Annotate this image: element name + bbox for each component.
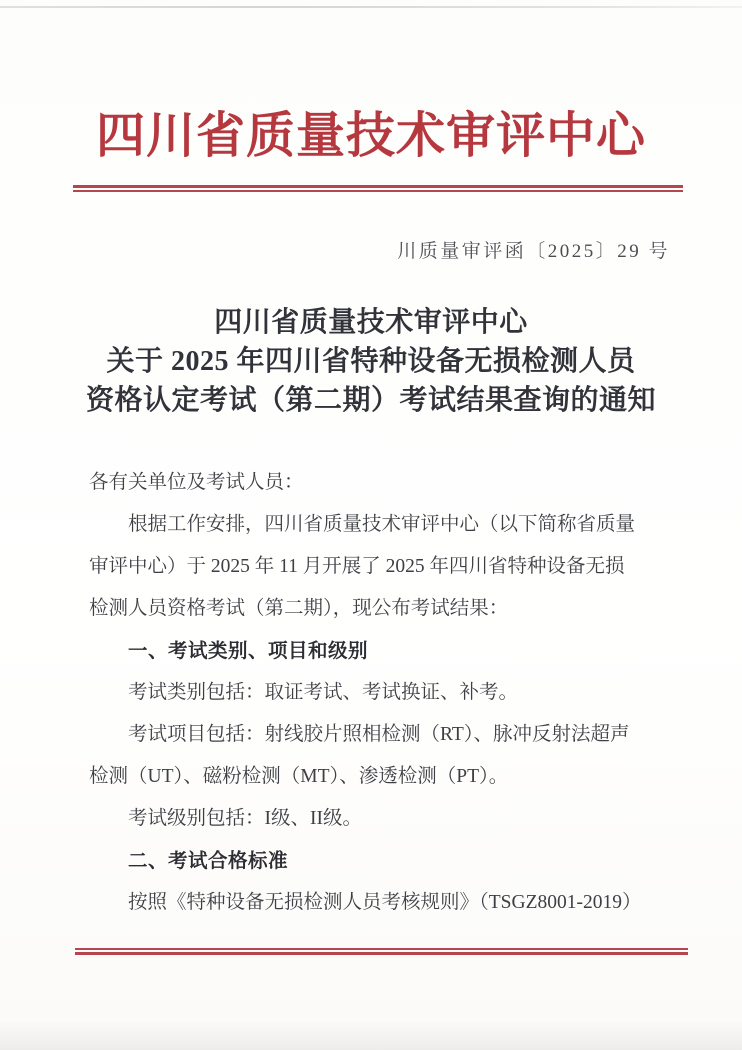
letterhead-title: 四川省质量技术审评中心 [0, 106, 742, 166]
notice-title-line-2: 关于 2025 年四川省特种设备无损检测人员 [0, 342, 742, 381]
footer-divider-line [75, 948, 688, 955]
body-paragraph-exam-levels: 考试级别包括：I级、II级。 [89, 798, 663, 840]
body-paragraph-pass-standard: 按照《特种设备无损检测人员考核规则》（TSGZ8001-2019） [89, 882, 663, 924]
section-heading-1: 一、考试类别、项目和级别 [89, 630, 663, 672]
body-paragraph-intro: 根据工作安排，四川省质量技术审评中心（以下简称省质量 审评中心）于 2025 年… [89, 504, 663, 630]
scan-edge-artifact [0, 6, 742, 8]
notice-title-line-3: 资格认定考试（第二期）考试结果查询的通知 [0, 381, 742, 420]
notice-body: 各有关单位及考试人员： 根据工作安排，四川省质量技术审评中心（以下简称省质量 审… [89, 462, 663, 924]
document-number: 川质量审评函〔2025〕29 号 [397, 236, 670, 263]
letterhead-divider-line [73, 185, 683, 192]
scan-shadow-artifact [0, 1020, 742, 1050]
body-paragraph-exam-categories: 考试类别包括：取证考试、考试换证、补考。 [89, 672, 663, 714]
body-paragraph-exam-subjects: 考试项目包括：射线胶片照相检测（RT）、脉冲反射法超声 检测（UT）、磁粉检测（… [89, 714, 663, 798]
document-page: 四川省质量技术审评中心 川质量审评函〔2025〕29 号 四川省质量技术审评中心… [0, 0, 742, 1050]
section-heading-2: 二、考试合格标准 [89, 840, 663, 882]
notice-title: 四川省质量技术审评中心 关于 2025 年四川省特种设备无损检测人员 资格认定考… [0, 303, 742, 420]
salutation: 各有关单位及考试人员： [89, 462, 663, 504]
notice-title-line-1: 四川省质量技术审评中心 [0, 303, 742, 342]
